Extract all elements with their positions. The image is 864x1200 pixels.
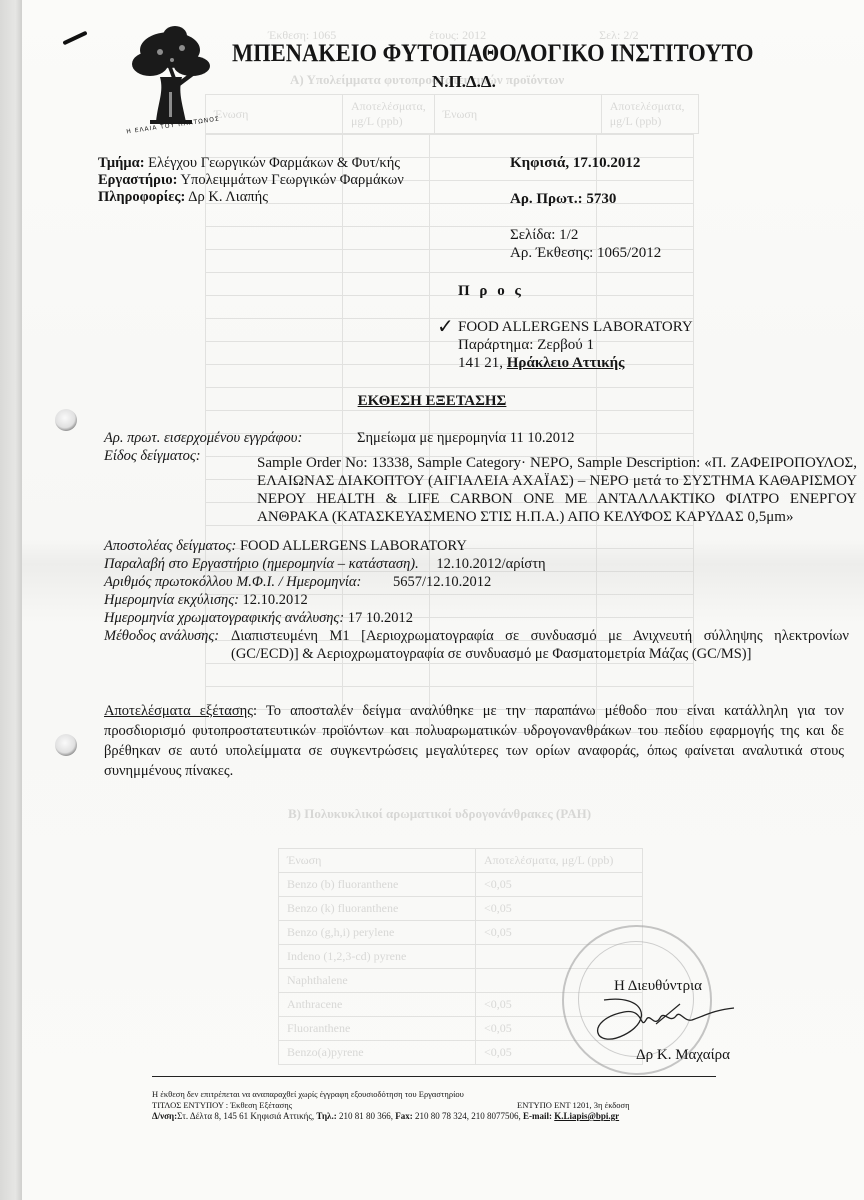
footer-contact-line: Δ/νση:Στ. Δέλτα 8, 145 61 Κηφισιά Αττική… (152, 1111, 619, 1122)
field-value: 17 10.2012 (348, 610, 413, 626)
footer-form-line: ΤΙΤΛΟΣ ΕΝΤΥΠΟΥ : Έκθεση Εξέτασης ΕΝΤΥΠΟ … (152, 1100, 619, 1111)
bleed-a-h0: Ένωση (206, 95, 343, 134)
footer-email-label: E-mail: (523, 1111, 552, 1121)
field-value: FOOD ALLERGENS LABORATORY (240, 538, 467, 554)
field-label: Παραλαβή στο Εργαστήριο (ημερομηνία – κα… (104, 556, 419, 572)
laboratory-label: Εργαστήριο: (98, 172, 177, 188)
bleed-b-row: Benzo (g,h,i) perylene<0,05 (279, 921, 643, 945)
department-label: Τμήμα: (98, 155, 145, 171)
footer-tel: 210 81 80 366, (339, 1111, 393, 1121)
field-label: Ημερομηνία εκχύλισης: (104, 592, 239, 608)
footer-fax-label: Fax: (395, 1111, 413, 1121)
recipient-address: 141 21, Ηράκλειο Αττικής (458, 354, 693, 372)
footer-tel-label: Τηλ.: (316, 1111, 336, 1121)
protocol-number: Αρ. Πρωτ.: 5730 (510, 191, 616, 208)
field-chromatography-date: Ημερομηνία χρωματογραφικής ανάλυσης: 17 … (104, 610, 413, 627)
field-mfi-protocol: Αριθμός πρωτοκόλλου Μ.Φ.Ι. / Ημερομηνία:… (104, 574, 491, 591)
footer-address: Στ. Δέλτα 8, 145 61 Κηφισιά Αττικής, (177, 1111, 314, 1121)
field-incoming-protocol: Αρ. πρωτ. εισερχομένου εγγράφου: Σημείωμ… (104, 430, 302, 447)
field-label: Αρ. πρωτ. εισερχομένου εγγράφου: (104, 430, 302, 446)
bleed-b-h1: Αποτελέσματα, μg/L (ppb) (476, 849, 643, 873)
contact-line: Πληροφορίες: Δρ Κ. Λιαπής (98, 189, 404, 206)
field-label: Αριθμός πρωτοκόλλου Μ.Φ.Ι. / Ημερομηνία: (104, 574, 361, 590)
footer-form-title: ΤΙΤΛΟΣ ΕΝΤΥΠΟΥ : Έκθεση Εξέτασης (152, 1100, 292, 1110)
bleed-table-a-title: Α) Υπολείμματα φυτοπροστατευτικών προϊόν… (290, 72, 564, 88)
field-receipt: Παραλαβή στο Εργαστήριο (ημερομηνία – κα… (104, 556, 546, 573)
footer-email-link[interactable]: K.Liapis@bpi.gr (554, 1111, 619, 1121)
report-number: Αρ. Έκθεσης: 1065/2012 (510, 245, 661, 262)
results-paragraph: Αποτελέσματα εξέτασης: Το αποσταλέν δείγ… (104, 701, 844, 781)
punch-hole-bottom (55, 734, 77, 756)
field-value: 12.10.2012 (243, 592, 308, 608)
field-value: Σημείωμα με ημερομηνία 11 10.2012 (357, 430, 575, 447)
footer: Η έκθεση δεν επιτρέπεται να αναπαραχθεί … (152, 1089, 619, 1122)
department-value: Ελέγχου Γεωργικών Φαρμάκων & Φυτ/κής (148, 155, 400, 171)
field-label: Μέθοδος ανάλυσης: (104, 627, 219, 645)
field-value: 12.10.2012/αρίστη (436, 556, 545, 572)
field-label: Ημερομηνία χρωματογραφικής ανάλυσης: (104, 610, 344, 626)
field-sample-type-value: Sample Order No: 13338, Sample Category·… (257, 454, 857, 526)
place-date: Κηφισιά, 17.10.2012 (510, 155, 640, 172)
footer-fax: 210 80 78 324, 210 8077506, (415, 1111, 521, 1121)
bleed-b-h0: Ένωση (279, 849, 476, 873)
recipient-heading: Π ρ ο ς (458, 283, 524, 300)
institute-subtitle: Ν.Π.Δ.Δ. (432, 72, 496, 92)
bleed-a-h1: Αποτελέσματα, μg/L (ppb) (343, 95, 435, 134)
department-line: Τμήμα: Ελέγχου Γεωργικών Φαρμάκων & Φυτ/… (98, 155, 404, 172)
contact-label: Πληροφορίες: (98, 189, 185, 205)
field-label: Αποστολέας δείγματος: (104, 538, 236, 554)
bleed-table-b-title: Β) Πολυκυκλικοί αρωματικοί υδρογονάνθρακ… (288, 806, 591, 822)
field-extraction-date: Ημερομηνία εκχύλισης: 12.10.2012 (104, 592, 308, 609)
bleed-a-h3: Αποτελέσματα, μg/L (ppb) (601, 95, 698, 134)
contact-value: Δρ Κ. Λιαπής (188, 189, 268, 205)
scanner-edge (0, 0, 22, 1200)
recipient-branch: Παράρτημα: Ζερβού 1 (458, 336, 693, 354)
footer-address-label: Δ/νση: (152, 1111, 177, 1121)
laboratory-value: Υπολειμμάτων Γεωργικών Φαρμάκων (181, 172, 404, 188)
field-method: Μέθοδος ανάλυσης: Διαπιστευμένη Μ1 [Αερι… (104, 627, 849, 663)
check-mark-icon: ✓ (437, 314, 454, 339)
institute-name: ΜΠΕΝΑΚΕΙΟ ΦΥΤΟΠΑΘΟΛΟΓΙΚΟ ΙΝΣΤΙΤΟΥΤΟ (232, 40, 754, 68)
page-number: Σελίδα: 1/2 (510, 227, 578, 244)
recipient-block: FOOD ALLERGENS LABORATORY Παράρτημα: Ζερ… (458, 318, 693, 372)
recipient-name: FOOD ALLERGENS LABORATORY (458, 318, 693, 336)
field-value: Διαπιστευμένη Μ1 [Αεριοχρωματογραφία σε … (231, 627, 849, 663)
footer-form-code: ΕΝΤΥΠΟ ΕΝΤ 1201, 3η έκδοση (517, 1100, 630, 1111)
signature-icon (584, 990, 744, 1050)
bleed-b-row: Benzo (k) fluoranthene<0,05 (279, 897, 643, 921)
recipient-city: Ηράκλειο Αττικής (507, 355, 625, 371)
field-sender: Αποστολέας δείγματος: FOOD ALLERGENS LAB… (104, 538, 467, 555)
punch-hole-top (55, 409, 77, 431)
signatory-name: Δρ Κ. Μαχαίρα (636, 1047, 730, 1064)
report-title: ΕΚΘΕΣΗ ΕΞΕΤΑΣΗΣ (0, 393, 864, 410)
recipient-postcode: 141 21, (458, 355, 503, 371)
bleed-b-row: Benzo (b) fluoranthene<0,05 (279, 873, 643, 897)
results-label: Αποτελέσματα εξέτασης (104, 703, 253, 719)
field-sample-type-label: Είδος δείγματος: (104, 448, 201, 465)
footer-divider (152, 1076, 716, 1077)
laboratory-line: Εργαστήριο: Υπολειμμάτων Γεωργικών Φαρμά… (98, 172, 404, 189)
department-block: Τμήμα: Ελέγχου Γεωργικών Φαρμάκων & Φυτ/… (98, 155, 404, 206)
footer-disclaimer: Η έκθεση δεν επιτρέπεται να αναπαραχθεί … (152, 1089, 619, 1100)
bleed-a-h2: Ένωση (434, 95, 601, 134)
field-value: 5657/12.10.2012 (393, 574, 491, 590)
field-label: Είδος δείγματος: (104, 448, 201, 464)
